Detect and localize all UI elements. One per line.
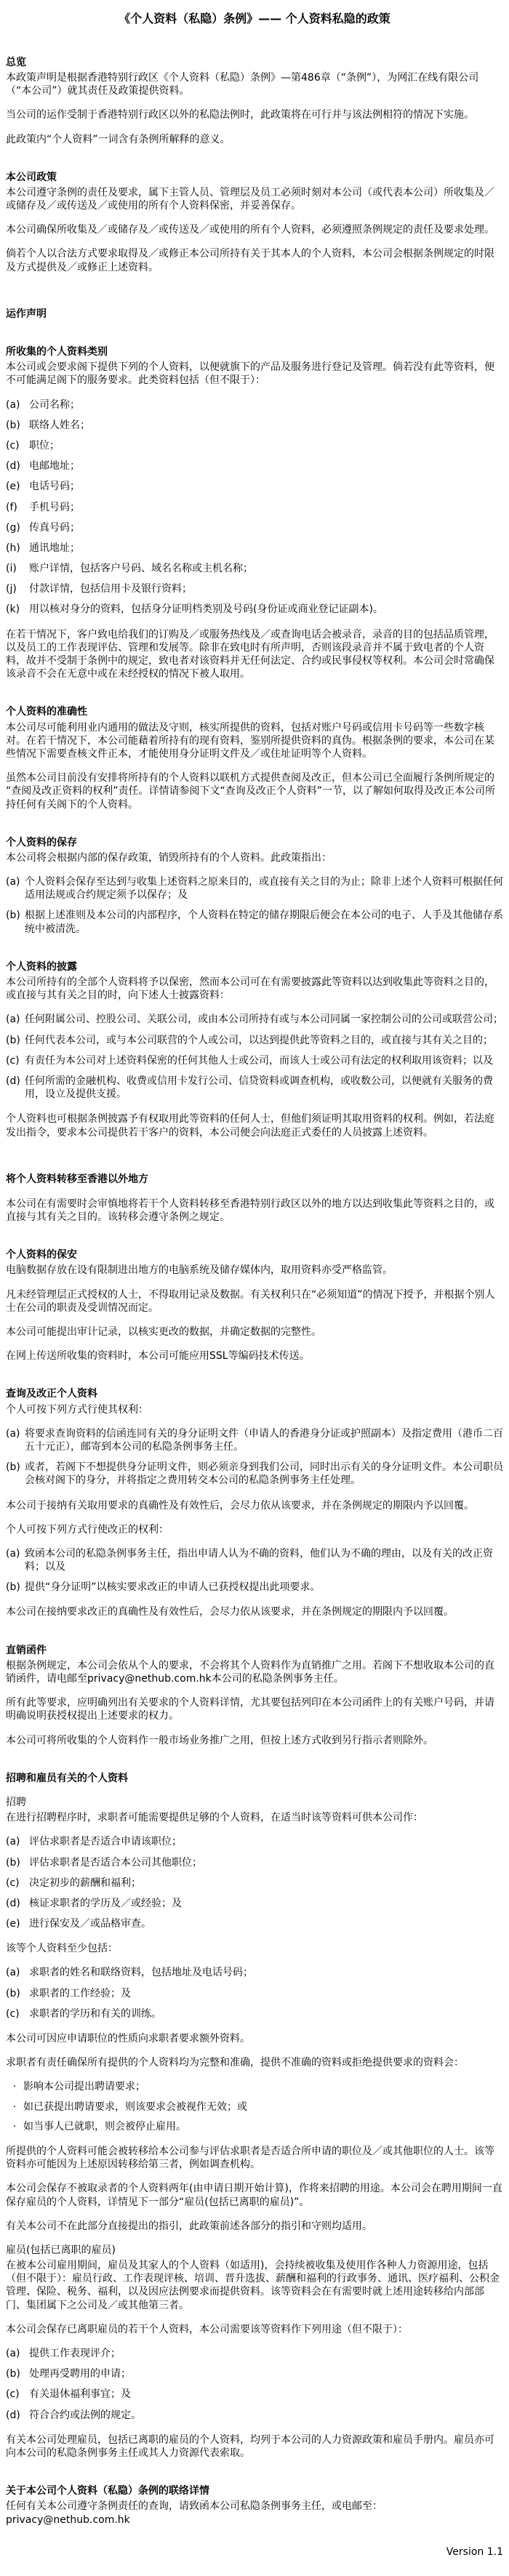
list-item: (e)进行保安及／或品格审查。 <box>6 1917 503 1930</box>
section-heading: 个人资料的披露 <box>6 960 503 974</box>
list-item-label: (c) <box>6 439 29 452</box>
list-item: (i)账户详情，包括客户号码、域名名称或主机名称； <box>6 562 503 575</box>
list-item-label: (k) <box>6 603 29 616</box>
list-item-text: 求职者的学历和有关的训练。 <box>29 2007 503 2021</box>
list-item-text: 通讯地址； <box>29 542 503 555</box>
list-item: (b)评估求职者是否适合本公司其他职位； <box>6 1856 503 1869</box>
list-item-label: (d) <box>6 2409 29 2422</box>
list-item: (c)有关退休福利事宜；及 <box>6 2388 503 2401</box>
list-item-label: (e) <box>6 480 29 493</box>
list-item-text: 处理再受聘用的申请； <box>29 2367 503 2380</box>
list-item-text: 联络人姓名； <box>29 419 503 432</box>
labeled-list: (a)致函本公司的私隐条例事务主任，指出申请人认为不确的资料，他们认为不确的理由… <box>6 1547 503 1594</box>
paragraph: 本公司尽可能利用业内通用的做法及守则，核实所提供的资料，包括对账户号码或信用卡号… <box>6 721 503 761</box>
list-item-label: (b) <box>6 1581 25 1594</box>
paragraph: 任何有关本公司遵守条例责任的查询，请致函本公司私隐条例事务主任，或电邮至：pri… <box>6 2500 503 2526</box>
bullet-icon: · <box>6 2100 23 2114</box>
list-item: (h)通讯地址； <box>6 542 503 555</box>
list-item-label: (g) <box>6 521 29 534</box>
labeled-list: (a)求职者的姓名和联络资料，包括地址及电话号码；(b)求职者的工作经验；及(c… <box>6 1966 503 2021</box>
version-label: Version 1.1 <box>6 2545 503 2559</box>
section-heading: 本公司政策 <box>6 171 503 184</box>
section-heading: 直销函件 <box>6 1644 503 1657</box>
list-item-label: (b) <box>6 1987 29 2000</box>
list-item: (d)符合合约或法例的规定。 <box>6 2409 503 2422</box>
list-item-text: 或者，若阁下不想提供身分证明文件，则必须亲身到我们公司，同时出示有关的身分证明文… <box>25 1461 503 1487</box>
list-item: (j)付款详情，包括信用卡及银行资料； <box>6 582 503 595</box>
list-item-label: (b) <box>6 1856 29 1869</box>
page-title: 《个人资料（私隐）条例》—— 个人资料私隐的政策 <box>6 12 503 27</box>
list-item: (a)致函本公司的私隐条例事务主任，指出申请人认为不确的资料，他们认为不确的理由… <box>6 1547 503 1573</box>
list-item-label: (d) <box>6 460 29 473</box>
list-item-text: 进行保安及／或品格审查。 <box>29 1917 503 1930</box>
policy-page: 《个人资料（私隐）条例》—— 个人资料私隐的政策 总览本政策声明是根据香港特别行… <box>0 0 509 2576</box>
section-heading: 关于本公司个人资料（私隐）条例的联络详情 <box>6 2484 503 2497</box>
paragraph: 本公司可将所收集的个人资料作一般市场业务推广之用，但按上述方式收到另行指示者则除… <box>6 1734 503 1747</box>
list-item-text: 账户详情，包括客户号码、域名名称或主机名称； <box>29 562 503 575</box>
sub-heading: 招聘 <box>6 1796 503 1809</box>
section-heading: 查询及改正个人资料 <box>6 1387 503 1400</box>
list-item: (a)提供工作表现评介； <box>6 2347 503 2360</box>
paragraph: 有关本公司不在此部分直接提出的指引，此政策前述各部分的指引和守则均适用。 <box>6 2220 503 2233</box>
paragraph: 本公司于接纳有关取用要求的真确性及有效性后，会尽力依从该要求，并在条例规定的期限… <box>6 1499 503 1512</box>
labeled-list: (a)公司名称；(b)联络人姓名；(c)职位；(d)电邮地址；(e)电话号码；(… <box>6 398 503 617</box>
bullet-item: ·如已获提出聘请要求，则该要求会被视作无效；或 <box>6 2100 503 2114</box>
paragraph: 本公司可能提出审计记录，以核实更改的数据，并确定数据的完整性。 <box>6 1325 503 1339</box>
list-item-label: (c) <box>6 2388 29 2401</box>
list-item-label: (a) <box>6 1966 29 1979</box>
list-item: (a)求职者的姓名和联络资料，包括地址及电话号码； <box>6 1966 503 1979</box>
list-item-text: 求职者的工作经验；及 <box>29 1987 503 2000</box>
list-item-label: (a) <box>6 1427 25 1453</box>
labeled-list: (a)个人资料会保存至达到与收集上述资料之原来目的，或直接有关之目的为止；除非上… <box>6 875 503 936</box>
bullet-text: 如当事人已就职，则会被停止雇用。 <box>23 2120 503 2133</box>
list-item-text: 提供工作表现评介； <box>29 2347 503 2360</box>
bullet-item: ·如当事人已就职，则会被停止雇用。 <box>6 2120 503 2133</box>
paragraph: 在进行招聘程序时，求职者可能需要提供足够的个人资料，在适当时该等资料可供本公司作… <box>6 1811 503 1824</box>
bullet-text: 如已获提出聘请要求，则该要求会被视作无效；或 <box>23 2100 503 2114</box>
paragraph: 当公司的运作受制于香港特别行政区以外的私隐法例时，此政策将在可行并与该法例相符的… <box>6 108 503 121</box>
list-item-label: (b) <box>6 909 25 935</box>
list-item-text: 付款详情，包括信用卡及银行资料； <box>29 582 503 595</box>
list-item-label: (f) <box>6 501 29 514</box>
list-item-label: (b) <box>6 419 29 432</box>
bullet-text: 影响本公司提出聘请要求； <box>23 2080 503 2093</box>
paragraph: 倘若个人以合法方式要求取得及／或修正本公司所持有关于其本人的个人资料，本公司会根… <box>6 247 503 273</box>
list-item: (d)电邮地址； <box>6 460 503 473</box>
bullet-list: ·影响本公司提出聘请要求；·如已获提出聘请要求，则该要求会被视作无效；或·如当事… <box>6 2080 503 2133</box>
paragraph: 个人资料也可根据条例披露予有权取用此等资料的任何人士，但他们须证明其取用资料的权… <box>6 1112 503 1139</box>
list-item-text: 用以核对身分的资料，包括身分证明档类别及号码(身份证或商业登记证副本)。 <box>29 603 503 616</box>
paragraph: 该等个人资料至少包括： <box>6 1942 503 1955</box>
list-item-text: 求职者的姓名和联络资料，包括地址及电话号码； <box>29 1966 503 1979</box>
labeled-list: (a)任何附属公司、控股公司、关联公司，或由本公司所持有或与本公司同属一家控制公… <box>6 1013 503 1101</box>
list-item-text: 决定初步的薪酬和福利； <box>29 1877 503 1890</box>
list-item-label: (a) <box>6 398 29 412</box>
paragraph: 本公司遵守条例的责任及要求，属下主管人员、管理层及员工必须时刻对本公司（或代表本… <box>6 186 503 212</box>
list-item-label: (a) <box>6 1835 29 1848</box>
bullet-item: ·影响本公司提出聘请要求； <box>6 2080 503 2093</box>
list-item-label: (d) <box>6 1897 29 1910</box>
list-item-text: 致函本公司的私隐条例事务主任，指出申请人认为不确的资料，他们认为不确的理由，以及… <box>25 1547 503 1573</box>
paragraph: 有关本公司处理雇员，包括已离职的雇员的个人资料，均列于本公司的人力资源政策和雇员… <box>6 2433 503 2460</box>
list-item-text: 有关退休福利事宜；及 <box>29 2388 503 2401</box>
list-item: (f)手机号码； <box>6 501 503 514</box>
list-item: (a)将要求查询资料的信函连同有关的身分证明文件（申请人的香港身分证或护照副本）… <box>6 1427 503 1453</box>
list-item-label: (h) <box>6 542 29 555</box>
list-item-label: (i) <box>6 562 29 575</box>
document-body: 总览本政策声明是根据香港特别行政区《个人资料（私隐）条例》—第486章（“条例”… <box>6 56 503 2527</box>
list-item: (g)传真号码； <box>6 521 503 534</box>
list-item-label: (a) <box>6 1013 25 1026</box>
paragraph: 本公司会保存不被取录者的个人资料两年(由申请日期开始计算)，作将来招聘的用途。本… <box>6 2182 503 2208</box>
paragraph: 求职者有责任确保所有提供的个人资料均为完整和准确，提供不准确的资料或拒绝提供要求… <box>6 2056 503 2069</box>
bullet-icon: · <box>6 2080 23 2093</box>
list-item: (b)根据上述准则及本公司的内部程序，个人资料在特定的储存期限后便会在本公司的电… <box>6 909 503 935</box>
paragraph: 此政策内“个人资料”一词含有条例所解释的意义。 <box>6 133 503 146</box>
list-item-label: (j) <box>6 582 29 595</box>
paragraph: 本公司所持有的全部个人资料将予以保密，然而本公司可在有需要披露此等资料以达到收集… <box>6 976 503 1002</box>
list-item-text: 任何所需的金融机构、收费或信用卡发行公司、信贷资料或调查机构，或收数公司，以便就… <box>25 1075 503 1101</box>
paragraph: 个人可按下列方式行使改正的权利： <box>6 1523 503 1536</box>
list-item-label: (e) <box>6 1917 29 1930</box>
paragraph: 本公司确保所收集及／或储存及／或传送及／或使用的所有个人资料，必须遵照条例规定的… <box>6 223 503 236</box>
list-item-label: (a) <box>6 875 25 902</box>
list-item: (c)有责任为本公司对上述资料保密的任何其他人士或公司，而该人士或公司有法定的权… <box>6 1054 503 1067</box>
section-heading: 总览 <box>6 56 503 69</box>
section-heading: 招聘和雇员有关的个人资料 <box>6 1772 503 1785</box>
section-heading: 将个人资料转移至香港以外地方 <box>6 1173 503 1186</box>
list-item: (b)求职者的工作经验；及 <box>6 1987 503 2000</box>
list-item: (c)决定初步的薪酬和福利； <box>6 1877 503 1890</box>
paragraph: 在网上传送所收集的资料时，本公司可能应用SSL等编码技术传送。 <box>6 1349 503 1363</box>
paragraph: 本公司将会根据内部的保存政策，销毁所持有的个人资料。此政策指出： <box>6 851 503 864</box>
list-item-label: (c) <box>6 1054 25 1067</box>
labeled-list: (a)评估求职者是否适合申请该职位；(b)评估求职者是否适合本公司其他职位；(c… <box>6 1835 503 1930</box>
paragraph: 所提供的个人资料可能会被转移给本公司参与评估求职者是否适合所申请的职位及／或其他… <box>6 2145 503 2171</box>
list-item-label: (a) <box>6 2347 29 2360</box>
list-item: (b)处理再受聘用的申请； <box>6 2367 503 2380</box>
list-item: (b)联络人姓名； <box>6 419 503 432</box>
list-item-text: 符合合约或法例的规定。 <box>29 2409 503 2422</box>
section-heading: 个人资料的准确性 <box>6 705 503 718</box>
section-heading: 所收集的个人资料类别 <box>6 345 503 358</box>
paragraph: 虽然本公司目前没有安排将所持有的个人资料以联机方式提供查阅及改正，但本公司已全面… <box>6 771 503 811</box>
section-heading: 运作声明 <box>6 308 503 321</box>
sub-heading: 雇员(包括已离职的雇员) <box>6 2244 503 2257</box>
paragraph: 本公司在有需要时会审慎地将若干个人资料转移至香港特别行政区以外的地方以达到收集此… <box>6 1197 503 1224</box>
list-item: (a)公司名称； <box>6 398 503 412</box>
list-item-label: (a) <box>6 1547 25 1573</box>
paragraph: 在若干情况下，客户致电给我们的订购及／或服务热线及／或查询电话会被录音，录音的目… <box>6 628 503 681</box>
paragraph: 本公司会保存已离职雇员的若干个人资料，本公司需要该等资料作下列用途（但不限于）： <box>6 2323 503 2336</box>
list-item-label: (d) <box>6 1075 25 1101</box>
list-item-label: (c) <box>6 2007 29 2021</box>
list-item: (k)用以核对身分的资料，包括身分证明档类别及号码(身份证或商业登记证副本)。 <box>6 603 503 616</box>
list-item-text: 电话号码； <box>29 480 503 493</box>
paragraph: 个人可按下列方式行使其权利： <box>6 1403 503 1416</box>
list-item-text: 职位； <box>29 439 503 452</box>
paragraph: 凡未经管理层正式授权的人士，不得取用记录及数据。有关权利只在“必须知道”的情况下… <box>6 1288 503 1315</box>
paragraph: 本公司可因应申请职位的性质向求职者要求额外资料。 <box>6 2032 503 2045</box>
list-item-text: 电邮地址； <box>29 460 503 473</box>
paragraph: 电脑数据存放在设有限制进出地方的电脑系统及储存媒体内，取用资料亦受严格监管。 <box>6 1264 503 1277</box>
paragraph: 本公司或会要求阁下提供下列的个人资料，以便就旗下的产品及服务进行登记及管理。倘若… <box>6 361 503 387</box>
list-item-text: 评估求职者是否适合申请该职位； <box>29 1835 503 1848</box>
list-item-text: 将要求查询资料的信函连同有关的身分证明文件（申请人的香港身分证或护照副本）及指定… <box>25 1427 503 1453</box>
list-item: (b)或者，若阁下不想提供身分证明文件，则必须亲身到我们公司，同时出示有关的身分… <box>6 1461 503 1487</box>
list-item: (c)职位； <box>6 439 503 452</box>
list-item-text: 传真号码； <box>29 521 503 534</box>
list-item: (a)评估求职者是否适合申请该职位； <box>6 1835 503 1848</box>
list-item-text: 核证求职者的学历及／或经验；及 <box>29 1897 503 1910</box>
list-item-label: (b) <box>6 1461 25 1487</box>
list-item-text: 提供“身分证明”以核实要求改正的申请人已获授权提出此项要求。 <box>25 1581 503 1594</box>
list-item: (a)任何附属公司、控股公司、关联公司，或由本公司所持有或与本公司同属一家控制公… <box>6 1013 503 1026</box>
list-item-text: 有责任为本公司对上述资料保密的任何其他人士或公司，而该人士或公司有法定的权利取用… <box>25 1054 503 1067</box>
list-item: (e)电话号码； <box>6 480 503 493</box>
bullet-icon: · <box>6 2120 23 2133</box>
list-item-label: (b) <box>6 2367 29 2380</box>
labeled-list: (a)提供工作表现评介；(b)处理再受聘用的申请；(c)有关退休福利事宜；及(d… <box>6 2347 503 2422</box>
section-heading: 个人资料的保安 <box>6 1248 503 1261</box>
list-item: (a)个人资料会保存至达到与收集上述资料之原来目的，或直接有关之目的为止；除非上… <box>6 875 503 902</box>
paragraph: 本公司在接纳要求改正的真确性及有效性后，会尽力依从该要求，并在条例规定的期限内予… <box>6 1605 503 1618</box>
list-item: (b)提供“身分证明”以核实要求改正的申请人已获授权提出此项要求。 <box>6 1581 503 1594</box>
paragraph: 根据条例规定，本公司会依从个人的要求，不会将其个人资料作为直销推广之用。若阁下不… <box>6 1659 503 1685</box>
paragraph: 在被本公司雇用期间，雇员及其家人的个人资料（如适用)，会持续被收集及使用作各种人… <box>6 2259 503 2312</box>
list-item-label: (c) <box>6 1877 29 1890</box>
list-item-label: (b) <box>6 1034 25 1047</box>
paragraph: 本政策声明是根据香港特别行政区《个人资料（私隐）条例》—第486章（“条例”），… <box>6 71 503 97</box>
section-heading: 个人资料的保存 <box>6 836 503 849</box>
list-item-text: 任何附属公司、控股公司、关联公司，或由本公司所持有或与本公司同属一家控制公司的公… <box>25 1013 503 1026</box>
list-item: (b)任何代表本公司，或与本公司联营的个人或公司，以达到提供此等资料之目的，或直… <box>6 1034 503 1047</box>
list-item: (c)求职者的学历和有关的训练。 <box>6 2007 503 2021</box>
list-item-text: 手机号码； <box>29 501 503 514</box>
list-item-text: 根据上述准则及本公司的内部程序，个人资料在特定的储存期限后便会在本公司的电子、人… <box>25 909 503 935</box>
list-item: (d)核证求职者的学历及／或经验；及 <box>6 1897 503 1910</box>
labeled-list: (a)将要求查询资料的信函连同有关的身分证明文件（申请人的香港身分证或护照副本）… <box>6 1427 503 1488</box>
list-item-text: 公司名称； <box>29 398 503 412</box>
paragraph: 所有此等要求，应明确列出有关要求的个人资料详情，尤其要包括列印在本公司函件上的有… <box>6 1696 503 1722</box>
list-item-text: 评估求职者是否适合本公司其他职位； <box>29 1856 503 1869</box>
list-item: (d)任何所需的金融机构、收费或信用卡发行公司、信贷资料或调查机构，或收数公司，… <box>6 1075 503 1101</box>
list-item-text: 任何代表本公司，或与本公司联营的个人或公司，以达到提供此等资料之目的，或直接与其… <box>25 1034 503 1047</box>
list-item-text: 个人资料会保存至达到与收集上述资料之原来目的，或直接有关之目的为止；除非上述个人… <box>25 875 503 902</box>
